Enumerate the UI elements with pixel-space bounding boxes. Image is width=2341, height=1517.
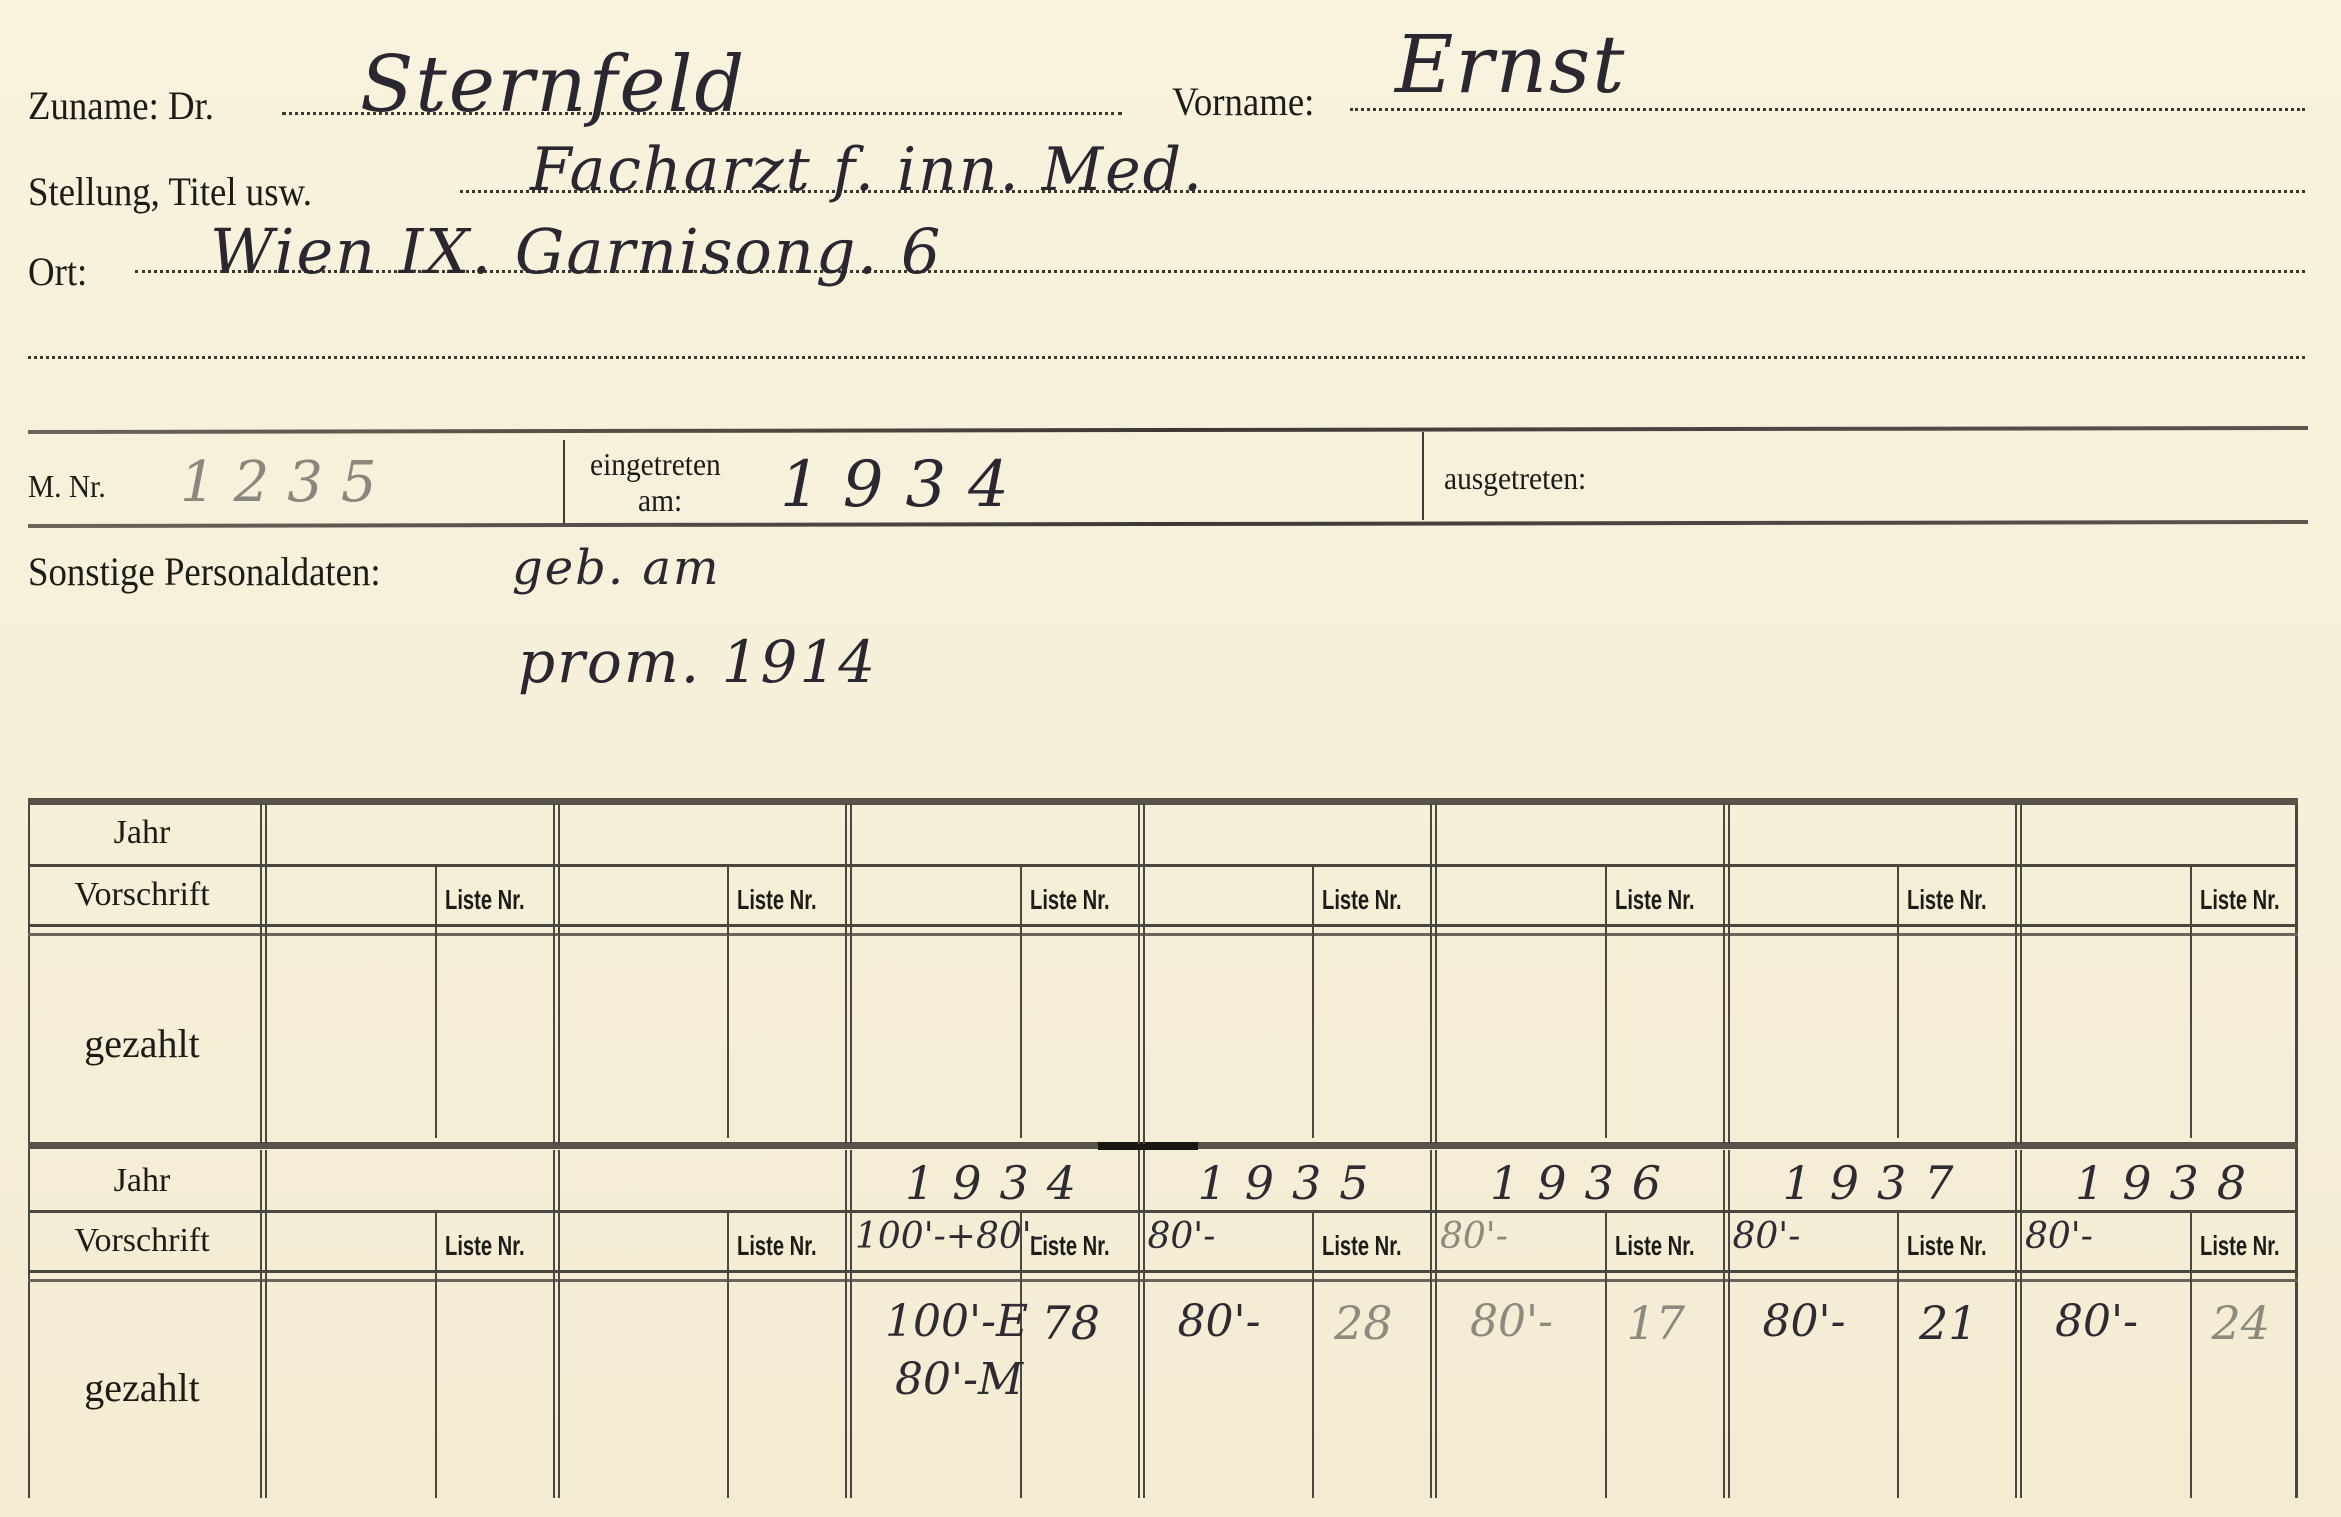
lower-list-number-cell[interactable]: 78	[1042, 1296, 1101, 1350]
member-divider-1	[563, 440, 565, 524]
surname-value: Sternfeld	[360, 40, 746, 130]
lower-year-label: Jahr	[28, 1162, 256, 1200]
lower-paid-label: gezahlt	[28, 1364, 256, 1411]
first-name-label: Vorname:	[1172, 78, 1314, 125]
lower-year-cell[interactable]: 1937	[1783, 1156, 1972, 1210]
lower-prescribed-cell[interactable]: 80'-	[1733, 1216, 1801, 1257]
lower-year-cell[interactable]: 1935	[1198, 1156, 1387, 1210]
list-number-header: Liste Nr.	[1907, 884, 1987, 916]
upper-year-rule	[28, 864, 2298, 867]
list-column-divider	[1312, 1212, 1314, 1498]
payment-table: Jahr Vorschrift gezahlt Jahr Vorschrift …	[28, 798, 2298, 1498]
list-number-header: Liste Nr.	[445, 1230, 525, 1262]
separator-bar	[1098, 1142, 1198, 1150]
list-column-divider	[2190, 866, 2192, 1138]
list-column-divider	[1312, 866, 1314, 1138]
list-number-header: Liste Nr.	[2200, 884, 2280, 916]
year-column-divider	[2015, 1150, 2017, 1498]
year-column-divider	[260, 1150, 262, 1498]
extra-line	[28, 356, 2305, 359]
lower-paid-cell[interactable]: 80'-	[2055, 1296, 2138, 1347]
list-number-header: Liste Nr.	[1322, 884, 1402, 916]
joined-label-line2: am:	[638, 482, 682, 519]
upper-prescribed-rule	[28, 924, 2298, 927]
lower-prescribed-cell[interactable]: 80'-	[1440, 1216, 1508, 1257]
lower-prescribed-cell[interactable]: 80'-	[1148, 1216, 1216, 1257]
other-data-birth: geb. am	[512, 540, 721, 596]
membership-index-card: Zuname: Dr. Sternfeld Vorname: Ernst Ste…	[0, 0, 2341, 1517]
lower-list-number-cell[interactable]: 28	[1334, 1296, 1393, 1350]
lower-list-number-cell[interactable]: 17	[1627, 1296, 1686, 1350]
lower-prescribed-cell[interactable]: 100'-+80'-	[855, 1216, 1044, 1257]
list-column-divider	[727, 866, 729, 1138]
list-number-header: Liste Nr.	[1615, 884, 1695, 916]
list-number-header: Liste Nr.	[1615, 1230, 1695, 1262]
list-number-header: Liste Nr.	[2200, 1230, 2280, 1262]
upper-year-label: Jahr	[28, 814, 256, 852]
other-data-label: Sonstige Personaldaten:	[28, 548, 381, 595]
year-column-divider	[1138, 1150, 1140, 1498]
place-value: Wien IX. Garnisong. 6	[210, 215, 942, 288]
list-number-header: Liste Nr.	[445, 884, 525, 916]
lower-paid-cell[interactable]: 80'-	[1178, 1296, 1261, 1347]
member-divider-2	[1422, 432, 1424, 520]
year-column-divider	[553, 804, 555, 1144]
year-column-divider	[1430, 804, 1432, 1144]
lower-year-cell[interactable]: 1938	[2075, 1156, 2264, 1210]
list-column-divider	[1605, 866, 1607, 1138]
lower-paid-cell[interactable]: 80'-	[1763, 1296, 1846, 1347]
year-column-divider	[1723, 1150, 1725, 1498]
year-column-divider	[845, 804, 847, 1144]
upper-paid-label: gezahlt	[28, 1020, 256, 1067]
list-number-header: Liste Nr.	[737, 884, 817, 916]
joined-label-line1: eingetreten	[590, 446, 721, 483]
lower-prescribed-cell[interactable]: 80'-	[2025, 1216, 2093, 1257]
year-column-divider	[1723, 804, 1725, 1144]
list-column-divider	[435, 866, 437, 1138]
place-label: Ort:	[28, 248, 87, 295]
other-data-promotion: prom. 1914	[518, 628, 877, 696]
surname-label: Zuname: Dr.	[28, 82, 214, 129]
lower-year-cell[interactable]: 1934	[905, 1156, 1094, 1210]
list-number-header: Liste Nr.	[737, 1230, 817, 1262]
upper-prescribed-label: Vorschrift	[28, 876, 256, 914]
position-value: Facharzt f. inn. Med.	[530, 135, 1204, 205]
lower-paid-cell[interactable]: 80'-	[1470, 1296, 1553, 1347]
lower-list-number-cell[interactable]: 21	[1919, 1296, 1978, 1350]
lower-year-rule	[28, 1210, 2298, 1213]
lower-year-cell[interactable]: 1936	[1490, 1156, 1679, 1210]
year-column-divider	[1430, 1150, 1432, 1498]
year-column-divider	[1138, 804, 1140, 1144]
member-number-value: 1235	[180, 450, 395, 515]
member-number-label: M. Nr.	[28, 468, 106, 505]
list-column-divider	[435, 1212, 437, 1498]
list-column-divider	[1897, 1212, 1899, 1498]
year-column-divider	[2015, 804, 2017, 1144]
year-column-divider	[845, 1150, 847, 1498]
lower-prescribed-label: Vorschrift	[28, 1222, 256, 1260]
lower-paid-cell-line2[interactable]: 80'-M	[895, 1354, 1023, 1405]
year-column-divider	[553, 1150, 555, 1498]
list-column-divider	[727, 1212, 729, 1498]
member-row-top-rule	[28, 426, 2308, 434]
list-number-header: Liste Nr.	[1907, 1230, 1987, 1262]
joined-value: 1934	[780, 448, 1031, 522]
list-column-divider	[2190, 1212, 2192, 1498]
left-label: ausgetreten:	[1444, 460, 1586, 497]
list-number-header: Liste Nr.	[1030, 884, 1110, 916]
list-number-header: Liste Nr.	[1322, 1230, 1402, 1262]
member-row-bottom-rule	[28, 520, 2308, 528]
lower-list-number-cell[interactable]: 24	[2212, 1296, 2271, 1350]
first-name-value: Ernst	[1395, 18, 1626, 111]
list-column-divider	[1020, 866, 1022, 1138]
list-column-divider	[1897, 866, 1899, 1138]
year-column-divider	[260, 804, 262, 1144]
lower-paid-cell[interactable]: 100'-E	[885, 1296, 1028, 1347]
list-column-divider	[1605, 1212, 1607, 1498]
upper-top-rule	[28, 798, 2298, 805]
position-label: Stellung, Titel usw.	[28, 168, 312, 215]
lower-prescribed-rule	[28, 1270, 2298, 1273]
